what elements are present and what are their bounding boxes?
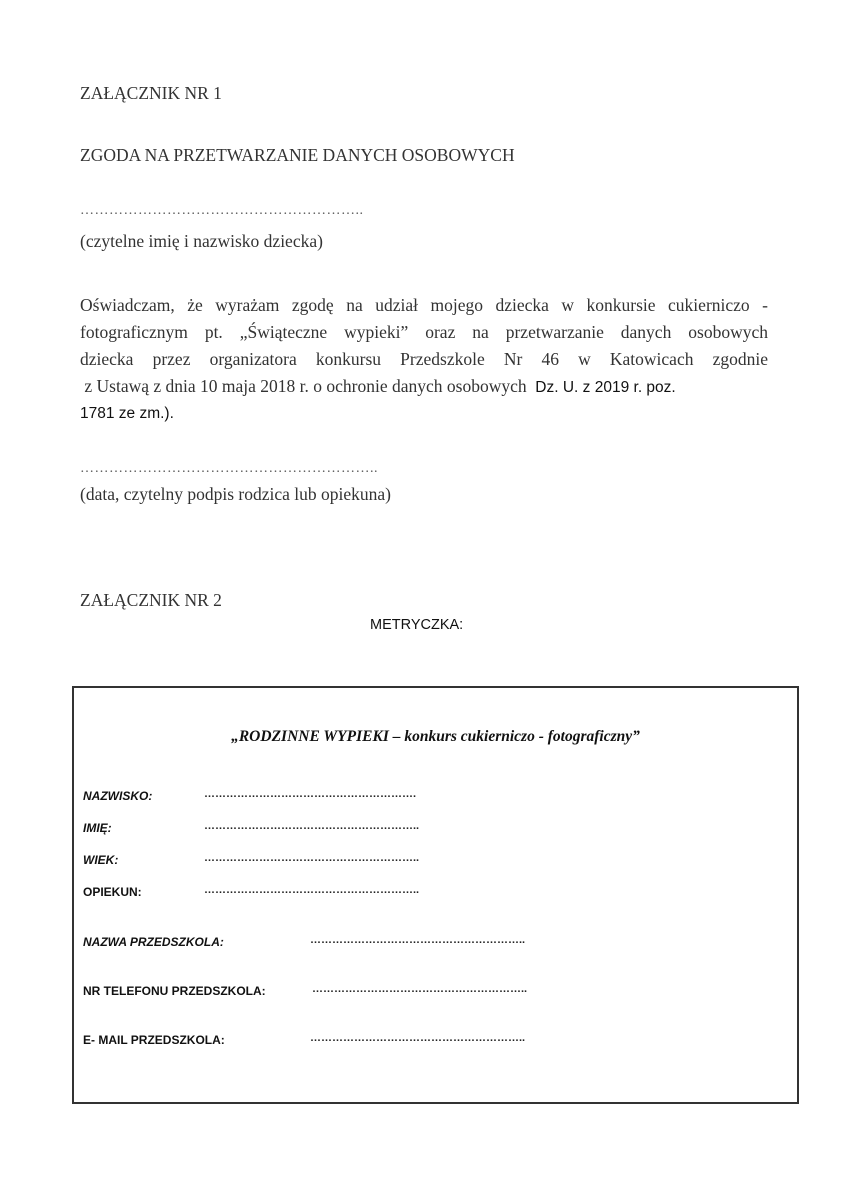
statement-line: Oświadczam, że wyrażam zgodę na udział m… xyxy=(80,292,768,319)
field-label: OPIEKUN: xyxy=(83,885,142,899)
attachment-1-title: ZAŁĄCZNIK NR 1 xyxy=(80,83,222,104)
field-fill-line[interactable]: ………………………………………………….. xyxy=(204,852,419,864)
field-fill-line[interactable]: ………………………………………………….. xyxy=(310,1032,525,1044)
field-label: IMIĘ: xyxy=(83,821,112,835)
field-fill-line[interactable]: ………………………………………………….. xyxy=(204,820,419,832)
signature-line: …………………………………………………….. xyxy=(80,461,378,477)
child-name-caption: (czytelne imię i nazwisko dziecka) xyxy=(80,231,323,252)
form-heading: „RODZINNE WYPIEKI – konkurs cukierniczo … xyxy=(74,728,797,746)
consent-statement: Oświadczam, że wyrażam zgodę na udział m… xyxy=(80,292,768,427)
statement-line: fotograficznym pt. „Świąteczne wypieki” … xyxy=(80,319,768,346)
statement-law-reference-end: 1781 ze zm.). xyxy=(80,400,768,427)
field-label: NAZWA PRZEDSZKOLA: xyxy=(83,935,224,949)
child-name-line: ………………………………………………….. xyxy=(80,203,364,219)
field-label: NAZWISKO: xyxy=(83,789,152,803)
field-fill-line[interactable]: ………………………………………………….. xyxy=(310,934,525,946)
statement-line: dziecka przez organizatora konkursu Prze… xyxy=(80,346,768,373)
statement-line: z Ustawą z dnia 10 maja 2018 r. o ochron… xyxy=(80,373,768,400)
field-label: E- MAIL PRZEDSZKOLA: xyxy=(83,1033,225,1047)
metryczka-form: „RODZINNE WYPIEKI – konkurs cukierniczo … xyxy=(72,686,799,1104)
statement-law-text: z Ustawą z dnia 10 maja 2018 r. o ochron… xyxy=(80,376,531,396)
field-fill-line[interactable]: ………………………………………………….. xyxy=(204,884,419,896)
consent-title: ZGODA NA PRZETWARZANIE DANYCH OSOBOWYCH xyxy=(80,145,515,166)
metryczka-title: METRYCZKA: xyxy=(370,617,463,633)
signature-caption: (data, czytelny podpis rodzica lub opiek… xyxy=(80,484,391,505)
attachment-2-title: ZAŁĄCZNIK NR 2 xyxy=(80,590,222,611)
field-fill-line[interactable]: …………………………………………………. xyxy=(204,788,416,800)
field-fill-line[interactable]: ………………………………………………….. xyxy=(312,983,527,995)
field-label: WIEK: xyxy=(83,853,118,867)
field-label: NR TELEFONU PRZEDSZKOLA: xyxy=(83,984,266,998)
statement-law-reference: Dz. U. z 2019 r. poz. xyxy=(531,379,676,396)
